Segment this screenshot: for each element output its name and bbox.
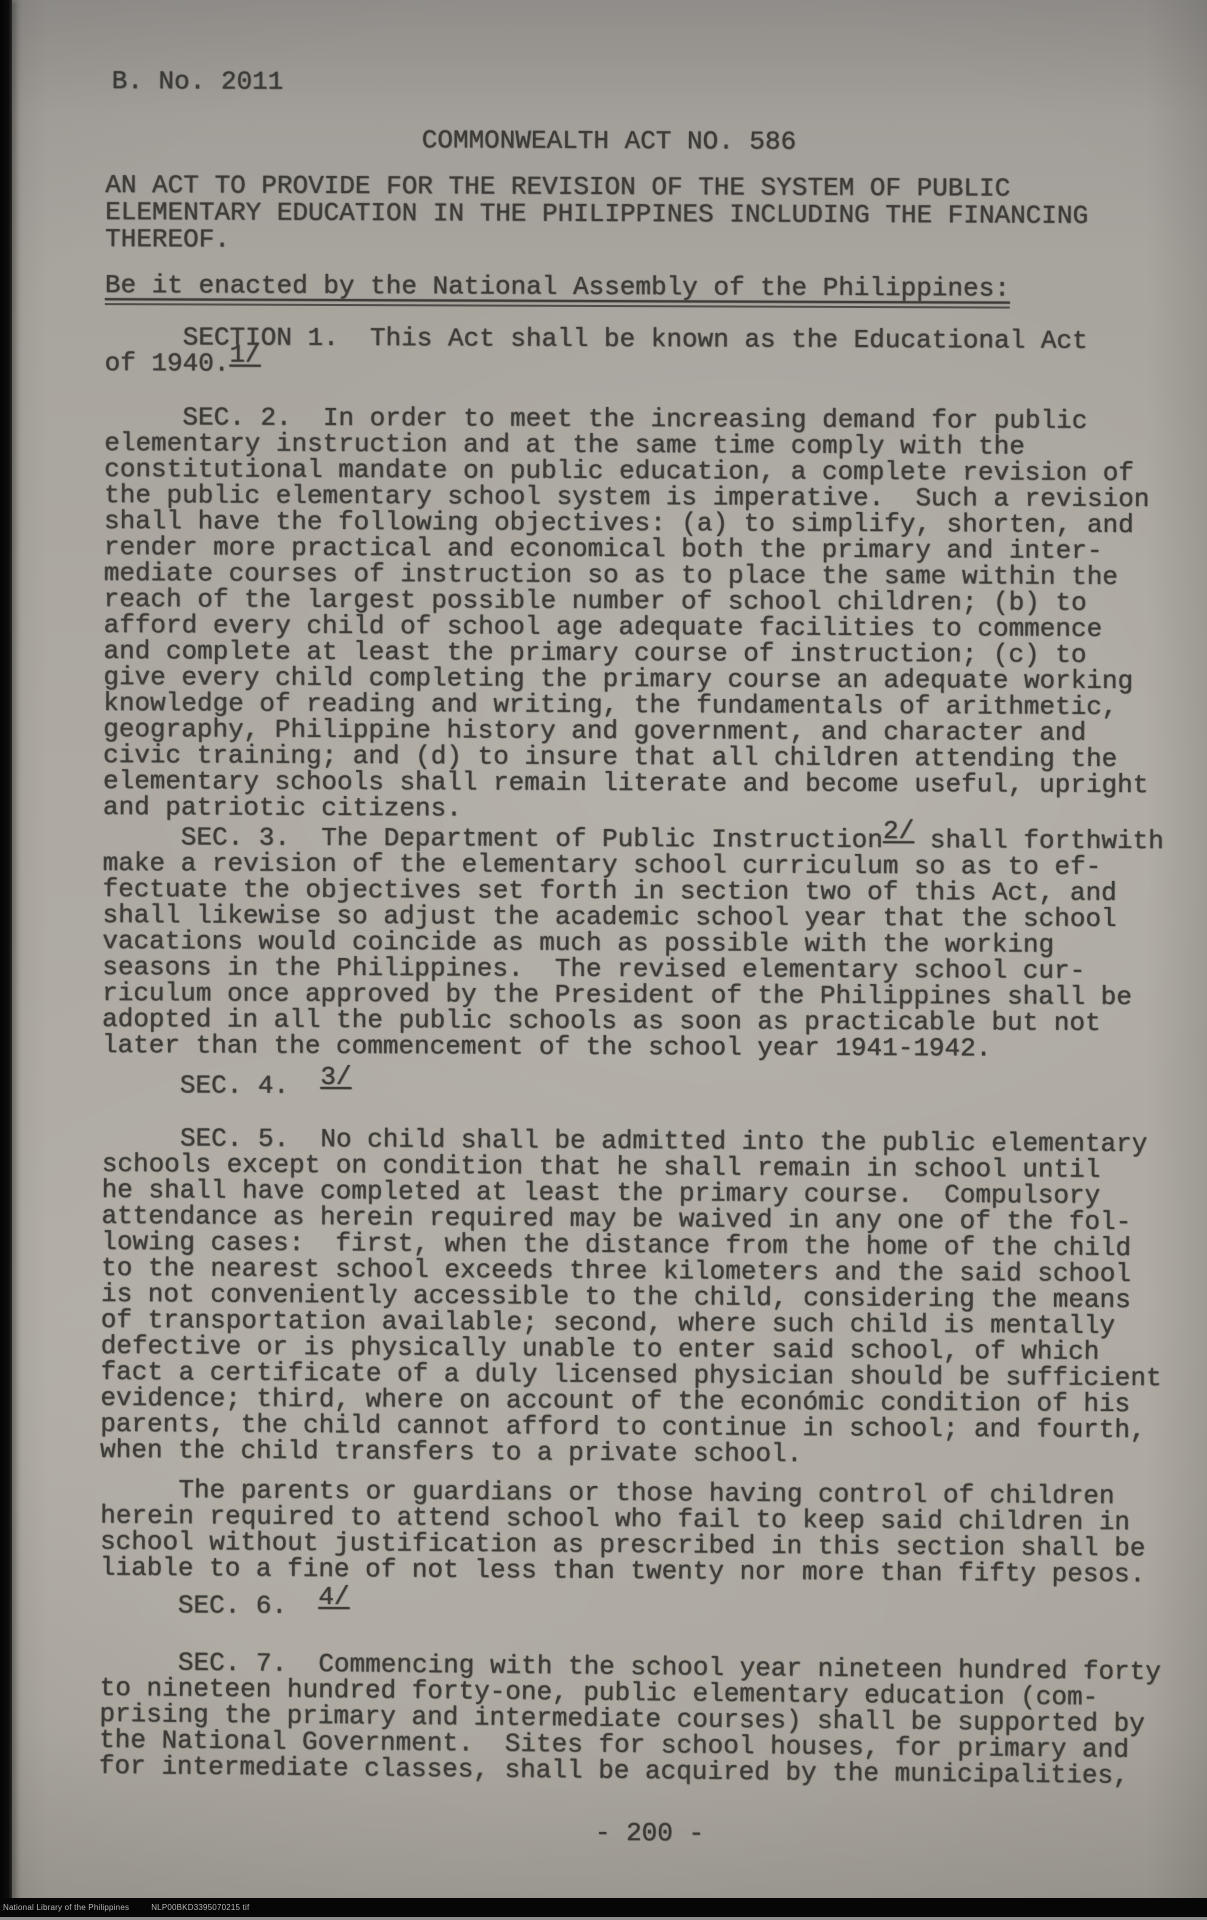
section-6-text: SEC. 6. — [100, 1590, 319, 1621]
page-number: - 200 - — [99, 1817, 1200, 1851]
section-3-paragraph: SEC. 3. The Department of Public Instruc… — [102, 824, 1204, 1062]
section-7-paragraph: SEC. 7. Commencing with the school year … — [99, 1649, 1201, 1790]
footnote-ref-1: 1/ — [229, 342, 260, 368]
scan-edge-strip — [0, 0, 12, 1920]
section-3-text-rest: shall forthwith make a revision of the e… — [102, 825, 1164, 1063]
footnote-ref-2: 2/ — [883, 818, 914, 844]
parents-liability-text: The parents or guardians or those having… — [100, 1475, 1146, 1590]
section-7-text: SEC. 7. Commencing with the school year … — [99, 1647, 1161, 1791]
section-4-text: SEC. 4. — [102, 1070, 321, 1101]
act-subject: AN ACT TO PROVIDE FOR THE REVISION OF TH… — [105, 172, 1206, 257]
enacting-clause: Be it enacted by the National Assembly o… — [105, 272, 1206, 303]
footer-file-code: NLP00BKD3395070215 tif — [151, 1903, 249, 1912]
scanner-footer-bar: National Library of the Philippines NLP0… — [0, 1898, 1207, 1920]
footnote-ref-4: 4/ — [318, 1584, 349, 1610]
section-6-paragraph: SEC. 6. 4/ — [100, 1592, 1201, 1622]
section-4-paragraph: SEC. 4. 3/ — [102, 1072, 1203, 1102]
section-5-paragraph: SEC. 5. No child shall be admitted into … — [100, 1125, 1203, 1470]
bill-number: B. No. 2011 — [112, 68, 284, 96]
enacting-clause-text: Be it enacted by the National Assembly o… — [105, 270, 1010, 308]
act-title: COMMONWEALTH ACT NO. 586 — [11, 126, 1206, 158]
scanned-document-page: B. No. 2011 COMMONWEALTH ACT NO. 586 AN … — [0, 0, 1207, 1920]
section-2-text: SEC. 2. In order to meet the increasing … — [103, 402, 1150, 823]
footer-library-label: National Library of the Philippines — [3, 1903, 129, 1912]
parents-liability-paragraph: The parents or guardians or those having… — [100, 1477, 1202, 1588]
section-5-text: SEC. 5. No child shall be admitted into … — [100, 1123, 1162, 1469]
typed-text-layer: B. No. 2011 COMMONWEALTH ACT NO. 586 AN … — [0, 0, 1207, 1920]
section-2-paragraph: SEC. 2. In order to meet the increasing … — [103, 404, 1206, 824]
section-1-paragraph: SECTION 1. This Act shall be known as th… — [105, 324, 1206, 380]
footnote-ref-3: 3/ — [320, 1064, 351, 1090]
